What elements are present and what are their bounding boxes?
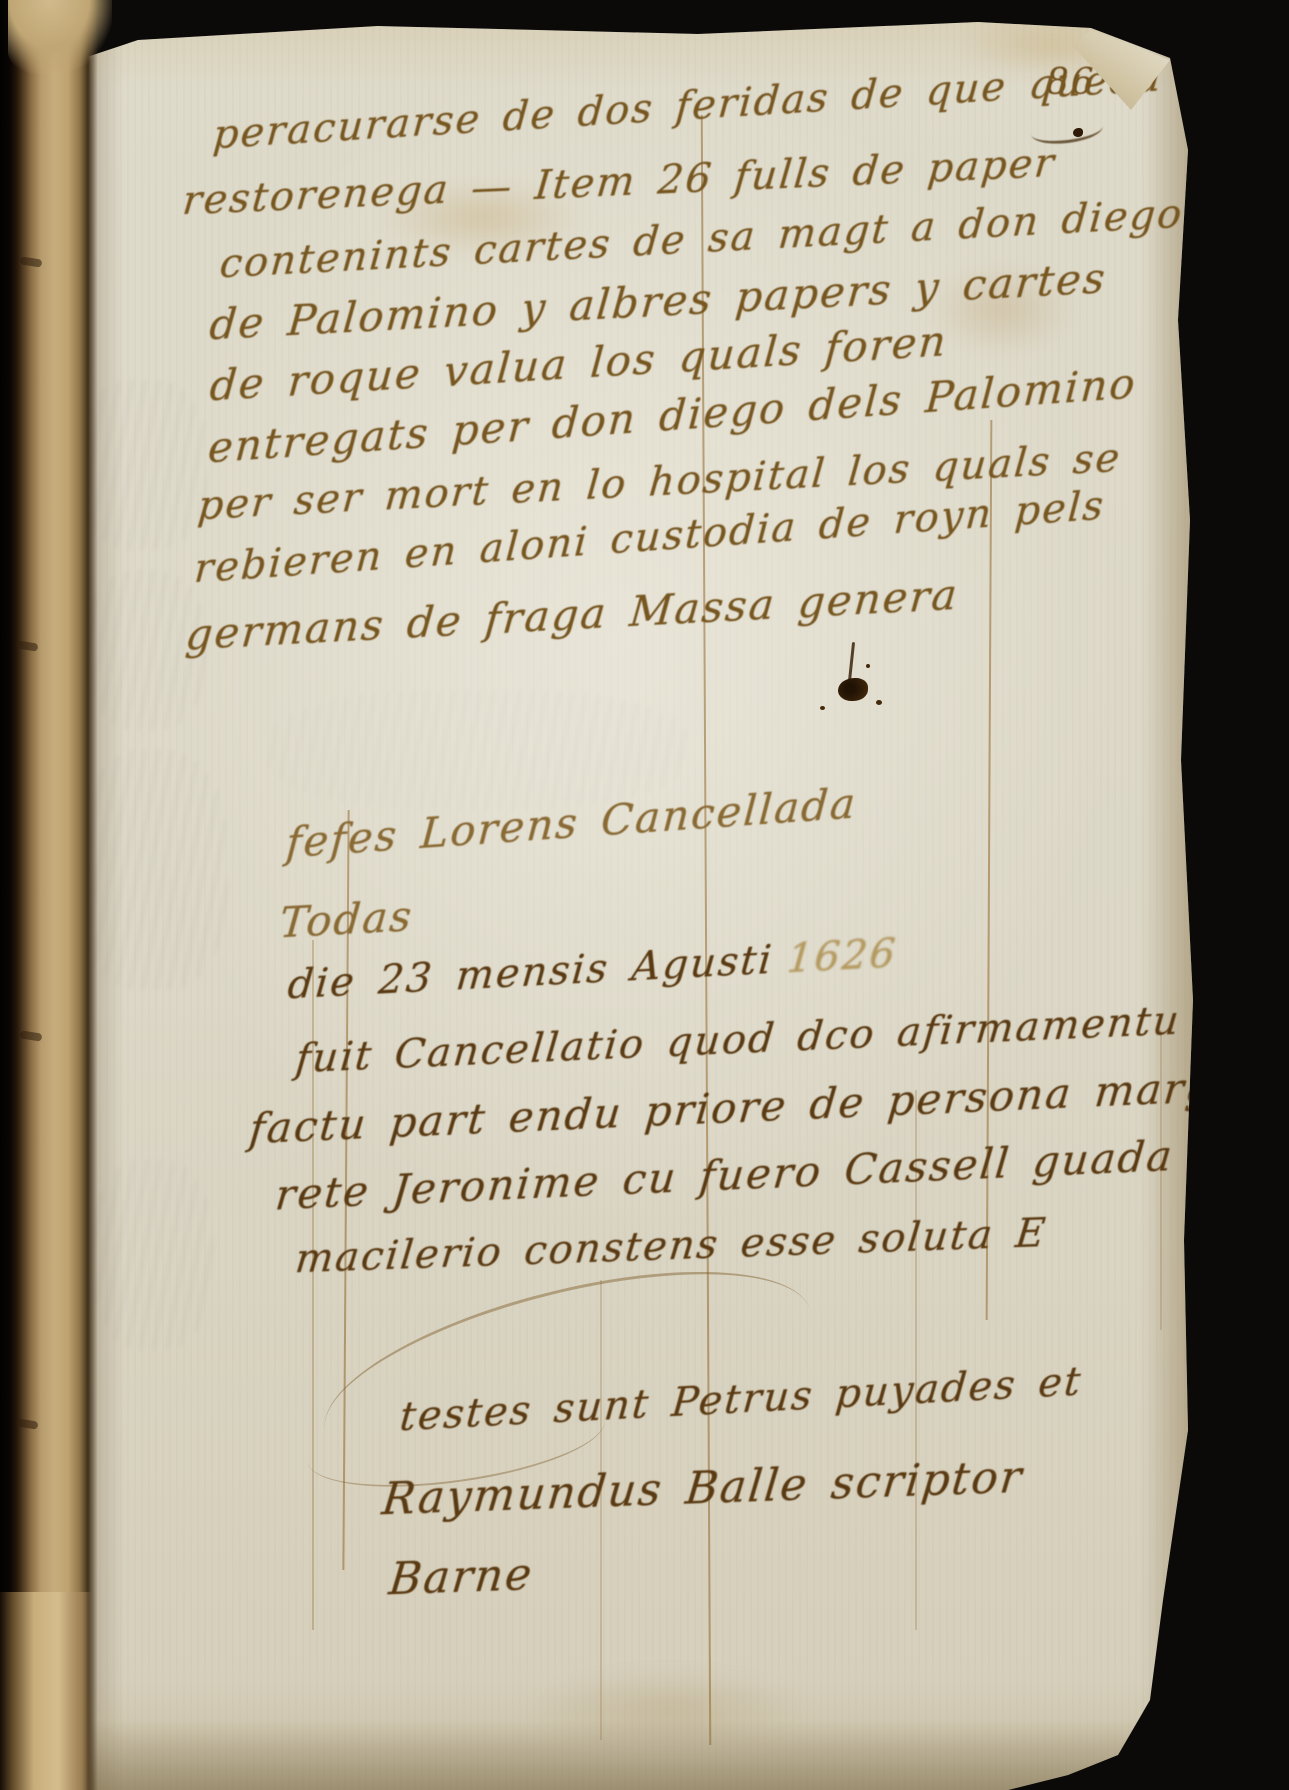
date-text: die 23 mensis Agusti — [286, 937, 775, 1009]
date-year: 1626 — [785, 930, 899, 982]
ink-spot — [876, 700, 882, 705]
verso-showthrough — [268, 690, 688, 810]
ink-spot — [820, 706, 825, 710]
book-binding-spine — [0, 0, 98, 1790]
verso-showthrough — [78, 750, 228, 990]
ink-blot-tail — [848, 642, 855, 682]
ink-blot — [838, 678, 868, 701]
manuscript-page: 86 die 23 mensis Agusti1626 peracurarse … — [78, 0, 1208, 1790]
page-edge-shadow — [1138, 0, 1208, 1790]
binding-parchment-curl-bottom — [0, 1592, 92, 1790]
cancellation-note-line: Todas — [278, 891, 416, 947]
latin-cancellation-line: macilerio constens esse soluta E — [293, 1210, 1049, 1282]
ink-spot — [866, 664, 870, 668]
manuscript-photo: 86 die 23 mensis Agusti1626 peracurarse … — [0, 0, 1289, 1790]
verso-showthrough — [93, 1160, 213, 1350]
ink-spot — [1073, 128, 1083, 137]
witness-line: Barne — [387, 1549, 536, 1605]
page-edge-shadow — [78, 1720, 1208, 1790]
